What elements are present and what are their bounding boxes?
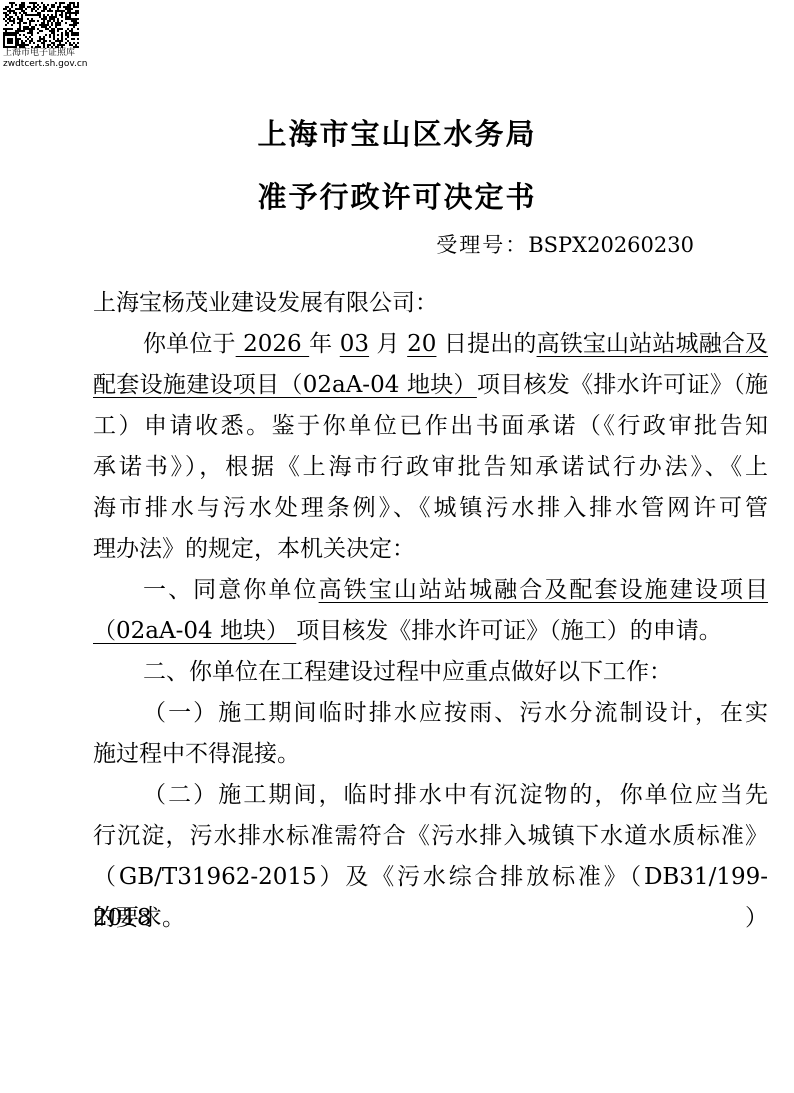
- body-line: （02aA-04 地块） 项目核发《排水许可证》（施工）的申请。: [93, 611, 768, 652]
- text-run: 日提出的: [436, 331, 536, 357]
- body-line: 二、你单位在工程建设过程中应重点做好以下工作：: [93, 652, 768, 693]
- document-body: 上海宝杨茂业建设发展有限公司：你单位于 2026 年 03 月 20 日提出的高…: [93, 283, 768, 939]
- underlined-text: （02aA-04 地块）: [93, 618, 296, 644]
- text-run: 一、同意你单位: [143, 577, 319, 603]
- body-line: 理办法》的规定，本机关决定：: [93, 529, 768, 570]
- text-run: 行沉淀，污水排水标准需符合《污水排入城镇下水道水质标准》: [93, 823, 768, 849]
- qr-caption-library: 上海市电子证照库: [3, 48, 89, 59]
- text-run: 承诺书》），根据《上海市行政审批告知承诺试行办法》、《上: [93, 454, 768, 480]
- body-line: （一）施工期间临时排水应按雨、污水分流制设计，在实: [93, 693, 768, 734]
- text-run: 项目核发《排水许可证》（施工）的申请。: [296, 618, 722, 644]
- body-line: 行沉淀，污水排水标准需符合《污水排入城镇下水道水质标准》: [93, 816, 768, 857]
- body-line: 配套设施建设项目（02aA-04 地块）项目核发《排水许可证》（施: [93, 365, 768, 406]
- underlined-text: 20: [407, 331, 436, 357]
- text-run: 你单位于: [143, 331, 236, 357]
- underlined-text: 03: [340, 331, 369, 357]
- text-run: 的要求。: [93, 905, 185, 931]
- text-run: 理办法》的规定，本机关决定：: [93, 536, 415, 562]
- document-subtitle: 准予行政许可决定书: [0, 177, 794, 217]
- qr-code: [3, 2, 79, 48]
- text-run: 年: [309, 331, 340, 357]
- text-run: （一）施工期间临时排水应按雨、污水分流制设计，在实: [143, 700, 768, 726]
- body-line: 海市排水与污水处理条例》、《城镇污水排入排水管网许可管: [93, 488, 768, 529]
- acceptance-number: BSPX20260230: [528, 233, 694, 257]
- body-line: 承诺书》），根据《上海市行政审批告知承诺试行办法》、《上: [93, 447, 768, 488]
- text-run: （二）施工期间，临时排水中有沉淀物的，你单位应当先: [143, 782, 768, 808]
- text-run: 施过程中不得混接。: [93, 741, 300, 767]
- text-run: 上海宝杨茂业建设发展有限公司：: [93, 290, 438, 316]
- text-run: 项目核发《排水许可证》（施: [477, 372, 768, 398]
- document-title: 上海市宝山区水务局: [0, 114, 794, 154]
- body-line: （二）施工期间，临时排水中有沉淀物的，你单位应当先: [93, 775, 768, 816]
- acceptance-label: 受理号：: [436, 233, 528, 257]
- text-run: （GB/T31962-2015）及《污水综合排放标准》（DB31/199-201…: [93, 864, 768, 931]
- body-line: 工）申请收悉。鉴于你单位已作出书面承诺（《行政审批告知: [93, 406, 768, 447]
- underlined-text: 2026: [236, 331, 309, 357]
- underlined-text: 高铁宝山站站城融合及: [537, 331, 768, 357]
- qr-code-block: 上海市电子证照库 zwdtcert.sh.gov.cn: [3, 2, 89, 70]
- body-line: （GB/T31962-2015）及《污水综合排放标准》（DB31/199-201…: [93, 857, 768, 898]
- document-page: 上海市电子证照库 zwdtcert.sh.gov.cn 上海市宝山区水务局 准予…: [0, 0, 794, 1093]
- text-run: 工）申请收悉。鉴于你单位已作出书面承诺（《行政审批告知: [93, 413, 768, 439]
- underlined-text: 配套设施建设项目（02aA-04 地块）: [93, 372, 477, 398]
- acceptance-number-line: 受理号：BSPX20260230: [436, 231, 694, 259]
- qr-caption-url: zwdtcert.sh.gov.cn: [3, 59, 89, 70]
- underlined-text: 高铁宝山站站城融合及配套设施建设项目: [319, 577, 768, 603]
- text-run: 月: [369, 331, 407, 357]
- text-run: 海市排水与污水处理条例》、《城镇污水排入排水管网许可管: [93, 495, 768, 521]
- body-line: 你单位于 2026 年 03 月 20 日提出的高铁宝山站站城融合及: [93, 324, 768, 365]
- body-line: 上海宝杨茂业建设发展有限公司：: [93, 283, 768, 324]
- body-line: 施过程中不得混接。: [93, 734, 768, 775]
- body-line: 一、同意你单位高铁宝山站站城融合及配套设施建设项目: [93, 570, 768, 611]
- text-run: 二、你单位在工程建设过程中应重点做好以下工作：: [143, 659, 672, 685]
